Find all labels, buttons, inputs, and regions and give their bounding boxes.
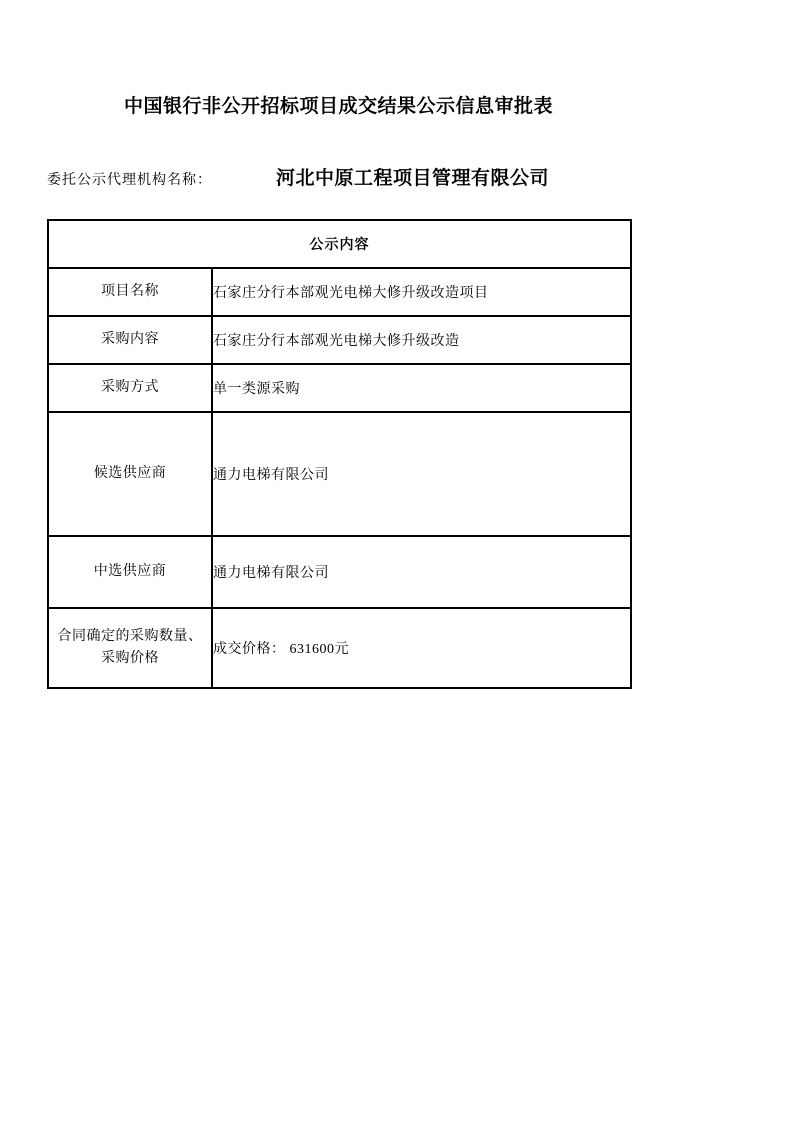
document-page: 中国银行非公开招标项目成交结果公示信息审批表 委托公示代理机构名称：河北中原工程… (0, 0, 800, 1131)
table-row-procurement-method: 采购方式 单一类源采购 (48, 364, 631, 412)
table-row-procurement-content: 采购内容 石家庄分行本部观光电梯大修升级改造 (48, 316, 631, 364)
row-label-candidate-supplier: 候选供应商 (48, 412, 212, 536)
row-label-procurement-method: 采购方式 (48, 364, 212, 412)
row-label-line-2: 采购价格 (49, 648, 211, 670)
table-row-candidate-supplier: 候选供应商 通力电梯有限公司 (48, 412, 631, 536)
agency-label: 委托公示代理机构名称： (47, 173, 212, 188)
row-value-contract-quantity-price: 成交价格： 631600元 (212, 608, 631, 688)
agency-line: 委托公示代理机构名称：河北中原工程项目管理有限公司 (47, 163, 630, 190)
row-label-contract-quantity-price: 合同确定的采购数量、 采购价格 (48, 608, 212, 688)
row-value-procurement-method: 单一类源采购 (212, 364, 631, 412)
row-label-line-1: 合同确定的采购数量、 (49, 626, 211, 648)
table-header-cell: 公示内容 (48, 220, 631, 268)
table-header-row: 公示内容 (48, 220, 631, 268)
row-value-selected-supplier: 通力电梯有限公司 (212, 536, 631, 608)
row-label-selected-supplier: 中选供应商 (48, 536, 212, 608)
approval-table: 公示内容 项目名称 石家庄分行本部观光电梯大修升级改造项目 采购内容 石家庄分行… (47, 219, 632, 689)
document-title: 中国银行非公开招标项目成交结果公示信息审批表 (47, 91, 630, 118)
table-row-project-name: 项目名称 石家庄分行本部观光电梯大修升级改造项目 (48, 268, 631, 316)
row-value-candidate-supplier: 通力电梯有限公司 (212, 412, 631, 536)
agency-name: 河北中原工程项目管理有限公司 (276, 168, 549, 189)
row-label-procurement-content: 采购内容 (48, 316, 212, 364)
table-row-selected-supplier: 中选供应商 通力电梯有限公司 (48, 536, 631, 608)
table-row-contract-quantity-price: 合同确定的采购数量、 采购价格 成交价格： 631600元 (48, 608, 631, 688)
row-value-procurement-content: 石家庄分行本部观光电梯大修升级改造 (212, 316, 631, 364)
row-label-project-name: 项目名称 (48, 268, 212, 316)
row-value-project-name: 石家庄分行本部观光电梯大修升级改造项目 (212, 268, 631, 316)
